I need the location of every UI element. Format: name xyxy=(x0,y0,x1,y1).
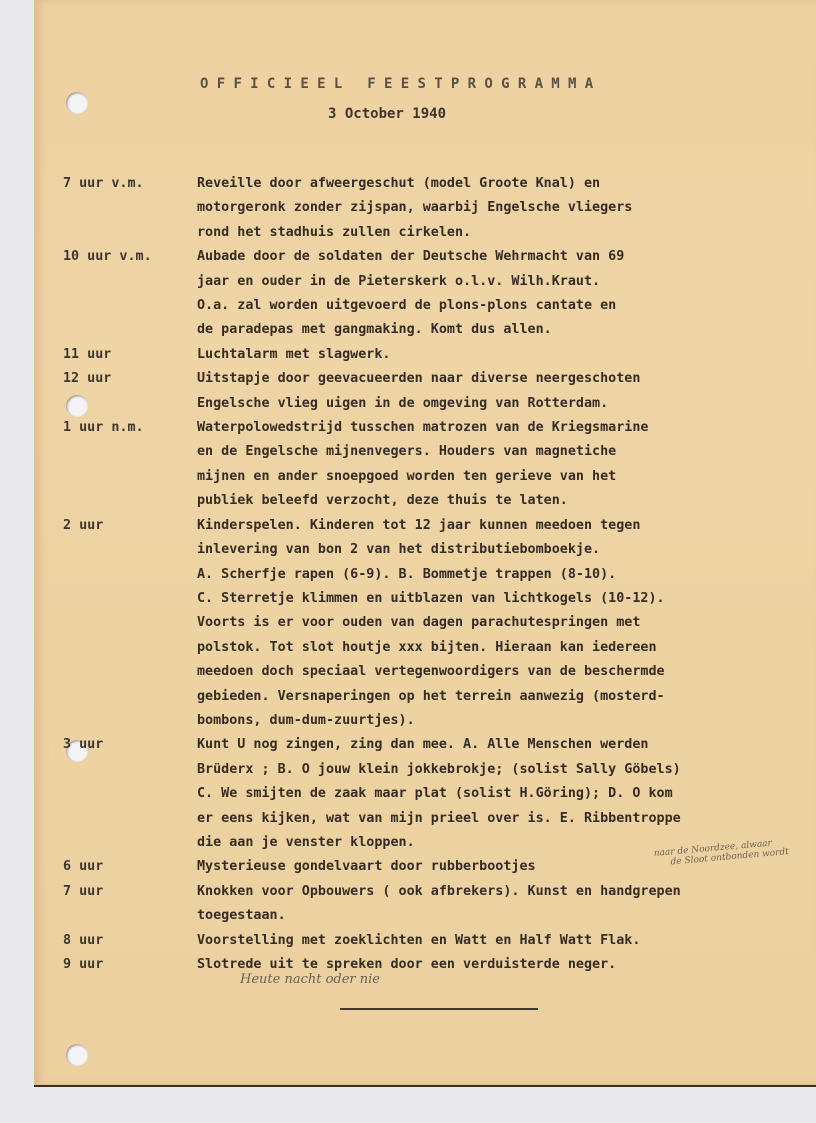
schedule-entry: 11 uurLuchtalarm met slagwerk. xyxy=(63,343,782,367)
description-line: gebieden. Versnaperingen op het terrein … xyxy=(197,685,782,709)
entry-time: 7 uur v.m. xyxy=(63,172,197,245)
entry-time: 11 uur xyxy=(63,343,197,367)
description-line: Aubade door de soldaten der Deutsche Weh… xyxy=(197,245,782,269)
schedule-entry: 12 uurUitstapje door geevacueerden naar … xyxy=(63,367,782,416)
description-line: er eens kijken, wat van mijn prieel over… xyxy=(197,807,782,831)
description-line: Luchtalarm met slagwerk. xyxy=(197,343,782,367)
description-line: Kunt U nog zingen, zing dan mee. A. Alle… xyxy=(197,733,782,757)
description-line: en de Engelsche mijnenvegers. Houders va… xyxy=(197,440,782,464)
description-line: jaar en ouder in de Pieterskerk o.l.v. W… xyxy=(197,270,782,294)
document-title: OFFICIEEL FEESTPROGRAMMA xyxy=(200,76,602,92)
description-line: inlevering van bon 2 van het distributie… xyxy=(197,538,782,562)
schedule-entry: 10 uur v.m.Aubade door de soldaten der D… xyxy=(63,245,782,343)
schedule-entry: 1 uur n.m.Waterpolowedstrijd tusschen ma… xyxy=(63,416,782,514)
entry-description: Kinderspelen. Kinderen tot 12 jaar kunne… xyxy=(197,514,782,734)
schedule-entry: 7 uurKnokken voor Opbouwers ( ook afbrek… xyxy=(63,880,782,929)
description-line: Waterpolowedstrijd tusschen matrozen van… xyxy=(197,416,782,440)
description-line: C. We smijten de zaak maar plat (solist … xyxy=(197,782,782,806)
description-line: Kinderspelen. Kinderen tot 12 jaar kunne… xyxy=(197,514,782,538)
description-line: Reveille door afweergeschut (model Groot… xyxy=(197,172,782,196)
entry-time: 9 uur xyxy=(63,953,197,977)
entry-time: 2 uur xyxy=(63,514,197,734)
entry-time: 8 uur xyxy=(63,929,197,953)
description-line: rond het stadhuis zullen cirkelen. xyxy=(197,221,782,245)
document-date: 3 October 1940 xyxy=(328,106,446,122)
description-line: C. Sterretje klimmen en uitblazen van li… xyxy=(197,587,782,611)
entry-description: Aubade door de soldaten der Deutsche Weh… xyxy=(197,245,782,343)
schedule-entry: 7 uur v.m.Reveille door afweergeschut (m… xyxy=(63,172,782,245)
entry-time: 3 uur xyxy=(63,733,197,855)
description-line: Brüderx ; B. O jouw klein jokkebrokje; (… xyxy=(197,758,782,782)
description-line: Uitstapje door geevacueerden naar divers… xyxy=(197,367,782,391)
description-line: Knokken voor Opbouwers ( ook afbrekers).… xyxy=(197,880,782,904)
entry-description: Uitstapje door geevacueerden naar divers… xyxy=(197,367,782,416)
description-line: Engelsche vlieg uigen in de omgeving van… xyxy=(197,392,782,416)
entry-time: 12 uur xyxy=(63,367,197,416)
punch-hole xyxy=(66,1044,88,1066)
description-line: bombons, dum-dum-zuurtjes). xyxy=(197,709,782,733)
description-line: Voorts is er voor ouden van dagen parach… xyxy=(197,611,782,635)
description-line: A. Scherfje rapen (6-9). B. Bommetje tra… xyxy=(197,563,782,587)
entry-description: Reveille door afweergeschut (model Groot… xyxy=(197,172,782,245)
schedule-entry: 8 uurVoorstelling met zoeklichten en Wat… xyxy=(63,929,782,953)
entry-description: Voorstelling met zoeklichten en Watt en … xyxy=(197,929,782,953)
description-line: mijnen en ander snoepgoed worden ten ger… xyxy=(197,465,782,489)
entry-time: 10 uur v.m. xyxy=(63,245,197,343)
punch-hole xyxy=(66,92,88,114)
description-line: O.a. zal worden uitgevoerd de plons-plon… xyxy=(197,294,782,318)
schedule-entry: 3 uurKunt U nog zingen, zing dan mee. A.… xyxy=(63,733,782,855)
description-line: meedoen doch speciaal vertegenwoordigers… xyxy=(197,660,782,684)
description-line: Voorstelling met zoeklichten en Watt en … xyxy=(197,929,782,953)
handwritten-bottom-note: Heute nacht oder nie xyxy=(240,972,380,987)
description-line: motorgeronk zonder zijspan, waarbij Enge… xyxy=(197,196,782,220)
description-line: publiek beleefd verzocht, deze thuis te … xyxy=(197,489,782,513)
entry-description: Kunt U nog zingen, zing dan mee. A. Alle… xyxy=(197,733,782,855)
schedule-entry: 9 uurSlotrede uit te spreken door een ve… xyxy=(63,953,782,977)
entry-description: Knokken voor Opbouwers ( ook afbrekers).… xyxy=(197,880,782,929)
closing-rule xyxy=(340,1008,538,1010)
entry-description: Waterpolowedstrijd tusschen matrozen van… xyxy=(197,416,782,514)
description-line: de paradepas met gangmaking. Komt dus al… xyxy=(197,318,782,342)
entry-time: 7 uur xyxy=(63,880,197,929)
description-line: polstok. Tot slot houtje xxx bijten. Hie… xyxy=(197,636,782,660)
schedule-entry: 2 uurKinderspelen. Kinderen tot 12 jaar … xyxy=(63,514,782,734)
entry-time: 6 uur xyxy=(63,855,197,879)
description-line: toegestaan. xyxy=(197,904,782,928)
entry-time: 1 uur n.m. xyxy=(63,416,197,514)
entry-description: Luchtalarm met slagwerk. xyxy=(197,343,782,367)
